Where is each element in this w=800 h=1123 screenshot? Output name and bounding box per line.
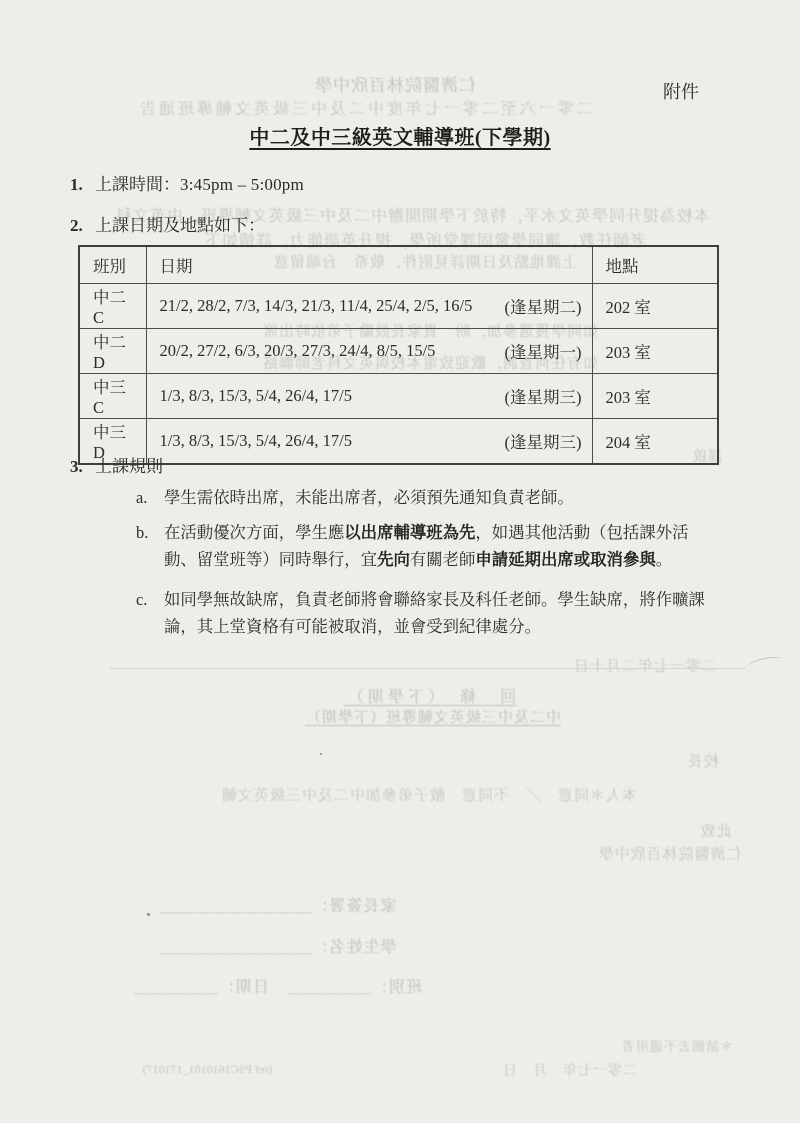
table-row: 中二 D 20/2, 27/2, 6/3, 20/3, 27/3, 24/4, … xyxy=(79,328,718,373)
weekday-note: (逢星期二) xyxy=(497,294,582,318)
page-title: 中二及中三級英文輔導班(下學期) xyxy=(0,121,800,150)
item-schedule-heading: 2.上課日期及地點如下： xyxy=(70,211,265,236)
rule-text: 在活動優次方面，學生應 xyxy=(164,523,344,542)
item-number: 3. xyxy=(70,457,95,477)
rule-text: 如同學無故缺席，負責老師將會聯絡家長及科任老師。學生缺席，將作曠課論，其上堂資格… xyxy=(164,590,705,636)
rule-item-c: c.如同學無故缺席，負責老師將會聯絡家長及科任老師。學生缺席，將作曠課論，其上堂… xyxy=(136,586,714,640)
dates-cell: 21/2, 28/2, 7/3, 14/3, 21/3, 11/4, 25/4,… xyxy=(146,283,592,328)
bleedthrough-text: 二零一六至二零一七年度中二及中三級英文輔導班通告 xyxy=(100,96,630,119)
item-label: 上課時間： xyxy=(95,175,180,194)
item-number: 1. xyxy=(70,175,95,195)
column-header-dates: 日期 xyxy=(146,246,592,283)
table-row: 中三 C 1/3, 8/3, 15/3, 5/4, 26/4, 17/5(逢星期… xyxy=(79,373,718,418)
weekday-note: (逢星期一) xyxy=(497,339,582,363)
item-number: 2. xyxy=(70,216,95,236)
bleedthrough-text: 校長 xyxy=(668,750,738,771)
bleedthrough-text: ＊請刪去不適用者 xyxy=(598,1036,756,1055)
item-class-time: 1.上課時間：3:45pm – 5:00pm xyxy=(70,170,304,195)
bleedthrough-text: 二零一七年二月十日 xyxy=(545,655,745,676)
page-title-text: 中二及中三級英文輔導班(下學期) xyxy=(249,127,550,149)
column-header-class: 班別 xyxy=(79,246,146,283)
weekday-note: (逢星期三) xyxy=(497,384,582,408)
rule-item-b: b.在活動優次方面，學生應以出席輔導班為先，如遇其他活動（包括課外活動、留堂班等… xyxy=(136,519,714,573)
attachment-label: 附件 xyxy=(663,78,699,104)
rule-letter: c. xyxy=(136,586,147,613)
bleedthrough-divider xyxy=(110,668,746,669)
rule-text: 學生需依時出席，未能出席者，必須預先通知負責老師。 xyxy=(164,488,574,507)
rule-text: 。 xyxy=(656,550,672,569)
rule-text: 有關老師 xyxy=(410,550,476,569)
rule-item-a: a.學生需依時出席，未能出席者，必須預先通知負責老師。 xyxy=(136,484,714,511)
bleedthrough-text: 仁濟醫院林百欣中學 xyxy=(592,843,747,864)
bleedthrough-text: 學生姓名：＿＿＿＿＿＿＿＿＿ xyxy=(125,934,430,957)
room-cell: 202 室 xyxy=(592,283,718,328)
dates-list: 21/2, 28/2, 7/3, 14/3, 21/3, 11/4, 25/4,… xyxy=(160,296,473,316)
class-cell: 中三 C xyxy=(79,373,146,418)
scan-artifact xyxy=(320,753,322,755)
scanned-document-page: 仁濟醫院林百欣中學 二零一六至二零一七年度中二及中三級英文輔導班通告 本校為提升… xyxy=(0,0,800,1123)
rule-text-bold: 先向 xyxy=(377,550,410,569)
bleedthrough-text: (ref PSC1610101_171017) xyxy=(90,1062,325,1077)
dates-list: 1/3, 8/3, 15/3, 5/4, 26/4, 17/5 xyxy=(160,386,353,406)
scan-artifact xyxy=(747,655,782,672)
room-cell: 203 室 xyxy=(592,328,718,373)
bleedthrough-text: 仁濟醫院林百欣中學 xyxy=(280,71,510,96)
rule-letter: b. xyxy=(136,519,148,546)
dates-list: 20/2, 27/2, 6/3, 20/3, 27/3, 24/4, 8/5, … xyxy=(160,341,436,361)
class-cell: 中二 D xyxy=(79,328,146,373)
table-header-row: 班別 日期 地點 xyxy=(79,246,718,283)
bleedthrough-text: 回 條 （下學期） xyxy=(330,684,530,707)
item-label: 上課日期及地點如下： xyxy=(95,216,265,235)
bleedthrough-text: 中二及中三級英文輔導班（下學期） xyxy=(288,706,578,727)
rule-letter: a. xyxy=(136,484,147,511)
room-cell: 204 室 xyxy=(592,418,718,464)
class-cell: 中二 C xyxy=(79,283,146,328)
weekday-note: (逢星期三) xyxy=(497,429,582,453)
dates-list: 1/3, 8/3, 15/3, 5/4, 26/4, 17/5 xyxy=(160,431,353,451)
bleedthrough-text: 此致 xyxy=(688,820,743,841)
dates-cell: 20/2, 27/2, 6/3, 20/3, 27/3, 24/4, 8/5, … xyxy=(146,328,592,373)
bleedthrough-text: 二零一七年 月 日 xyxy=(462,1060,677,1080)
schedule-table: 班別 日期 地點 中二 C 21/2, 28/2, 7/3, 14/3, 21/… xyxy=(78,245,719,465)
bleedthrough-text: 班別：＿＿＿＿＿ 日期：＿＿＿＿＿ xyxy=(125,974,430,997)
class-time-value: 3:45pm – 5:00pm xyxy=(180,175,304,194)
rule-text-bold: 以出席輔導班為先 xyxy=(344,523,475,542)
item-label: 上課規則 xyxy=(95,457,163,476)
table-row: 中二 C 21/2, 28/2, 7/3, 14/3, 21/3, 11/4, … xyxy=(79,283,718,328)
dates-cell: 1/3, 8/3, 15/3, 5/4, 26/4, 17/5(逢星期三) xyxy=(146,418,592,464)
bleedthrough-text: 本人＊同意 ／ 不同意 敝子弟參加中二及中三級英文輔導班（下學期） xyxy=(222,784,637,805)
rule-text-bold: 申請延期出席或取消參與 xyxy=(475,550,655,569)
item-rules-heading: 3.上課規則 xyxy=(70,452,163,477)
bleedthrough-text: 家長簽署：＿＿＿＿＿＿＿＿＿ xyxy=(125,893,430,916)
column-header-room: 地點 xyxy=(592,246,718,283)
table-row: 中三 D 1/3, 8/3, 15/3, 5/4, 26/4, 17/5(逢星期… xyxy=(79,418,718,464)
scan-artifact xyxy=(147,913,150,916)
room-cell: 203 室 xyxy=(592,373,718,418)
dates-cell: 1/3, 8/3, 15/3, 5/4, 26/4, 17/5(逢星期三) xyxy=(146,373,592,418)
